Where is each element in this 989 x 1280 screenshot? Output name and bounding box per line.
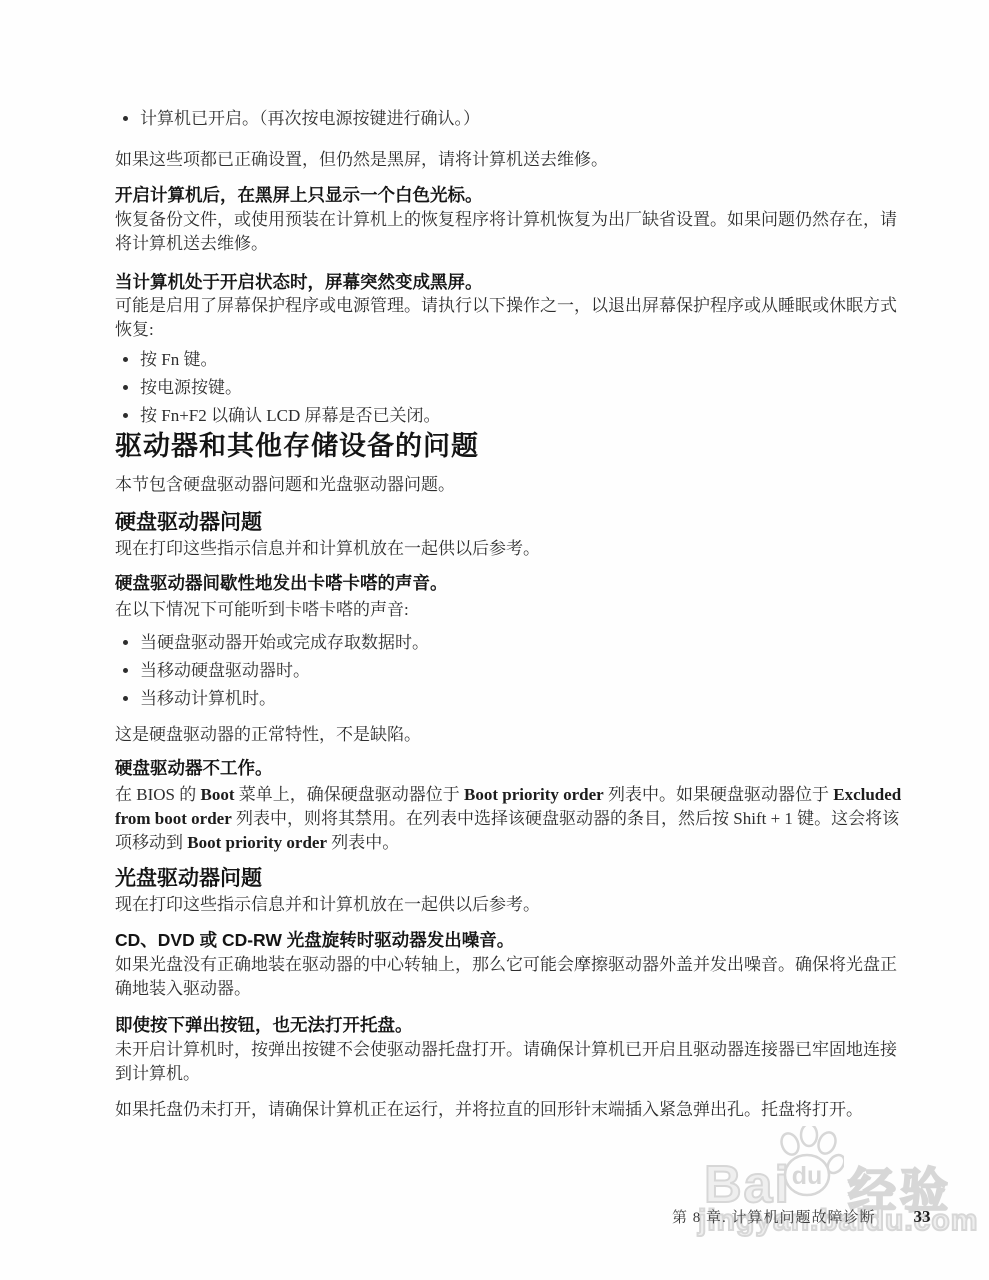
heading-tray-stuck: 即使按下弹出按钮，也无法打开托盘。	[115, 1013, 907, 1037]
manual-page: 计算机已开启。（再次按电源按键进行确认。） 如果这些项都已正确设置，但仍然是黑屏…	[0, 0, 989, 1280]
heading-white-cursor: 开启计算机后，在黑屏上只显示一个白色光标。	[115, 183, 907, 207]
paragraph-optical-intro: 现在打印这些指示信息并和计算机放在一起供以后参考。	[115, 893, 907, 917]
page-footer: 第 8 章. 计算机问题故障诊断 33	[672, 1206, 931, 1227]
list-item: 按电源按键。	[140, 376, 907, 400]
heading-hdd-clicking: 硬盘驱动器间歇性地发出卡嗒卡嗒的声音。	[115, 571, 907, 595]
list-item: 当移动计算机时。	[140, 687, 907, 711]
heading-sudden-blank-screen: 当计算机处于开启状态时，屏幕突然变成黑屏。	[115, 270, 907, 294]
list-item: 按 Fn+F2 以确认 LCD 屏幕是否已关闭。	[140, 404, 907, 428]
paragraph-hdd-normal: 这是硬盘驱动器的正常特性，不是缺陷。	[115, 723, 907, 747]
paragraph-clicking-cases: 在以下情况下可能听到卡嗒卡嗒的声音:	[115, 598, 907, 622]
power-check-list: 计算机已开启。（再次按电源按键进行确认。）	[115, 107, 907, 131]
paragraph-bios-boot: 在 BIOS 的 Boot 菜单上，确保硬盘驱动器位于 Boot priorit…	[115, 783, 907, 855]
list-item: 当移动硬盘驱动器时。	[140, 659, 907, 683]
paragraph-drives-intro: 本节包含硬盘驱动器问题和光盘驱动器问题。	[115, 473, 907, 497]
paragraph-restore-backup: 恢复备份文件，或使用预装在计算机上的恢复程序将计算机恢复为出厂缺省设置。如果问题…	[115, 208, 907, 256]
paragraph-disc-noise: 如果光盘没有正确地装在驱动器的中心转轴上，那么它可能会摩擦驱动器外盖并发出噪音。…	[115, 953, 907, 1001]
paragraph-tray-pin: 如果托盘仍未打开，请确保计算机正在运行，并将拉直的回形针末端插入紧急弹出孔。托盘…	[115, 1098, 907, 1122]
clicking-cases-list: 当硬盘驱动器开始或完成存取数据时。 当移动硬盘驱动器时。 当移动计算机时。	[115, 631, 907, 711]
list-item: 当硬盘驱动器开始或完成存取数据时。	[140, 631, 907, 655]
heading-hdd-not-working: 硬盘驱动器不工作。	[115, 756, 907, 780]
footer-chapter: 第 8 章. 计算机问题故障诊断	[672, 1206, 876, 1227]
list-item: 计算机已开启。（再次按电源按键进行确认。）	[140, 107, 907, 131]
paragraph-send-repair: 如果这些项都已正确设置，但仍然是黑屏，请将计算机送去维修。	[115, 148, 907, 172]
baidu-paw-icon: du	[776, 1126, 844, 1198]
screensaver-exit-list: 按 Fn 键。 按电源按键。 按 Fn+F2 以确认 LCD 屏幕是否已关闭。	[115, 348, 907, 428]
list-item: 按 Fn 键。	[140, 348, 907, 372]
section-title-drives: 驱动器和其他存储设备的问题	[115, 430, 907, 462]
footer-page-number: 33	[914, 1207, 931, 1227]
baidu-logo-du-text: du	[792, 1162, 823, 1190]
heading-disc-noise: CD、DVD 或 CD-RW 光盘旋转时驱动器发出噪音。	[115, 928, 907, 952]
paragraph-tray-power: 未开启计算机时，按弹出按键不会使驱动器托盘打开。请确保计算机已开启且驱动器连接器…	[115, 1038, 907, 1086]
page-content: 计算机已开启。（再次按电源按键进行确认。） 如果这些项都已正确设置，但仍然是黑屏…	[115, 104, 907, 1122]
subsection-title-hdd: 硬盘驱动器问题	[115, 510, 907, 536]
paragraph-hdd-intro: 现在打印这些指示信息并和计算机放在一起供以后参考。	[115, 537, 907, 561]
paragraph-screensaver: 可能是启用了屏幕保护程序或电源管理。请执行以下操作之一，以退出屏幕保护程序或从睡…	[115, 294, 907, 342]
subsection-title-optical: 光盘驱动器问题	[115, 866, 907, 892]
